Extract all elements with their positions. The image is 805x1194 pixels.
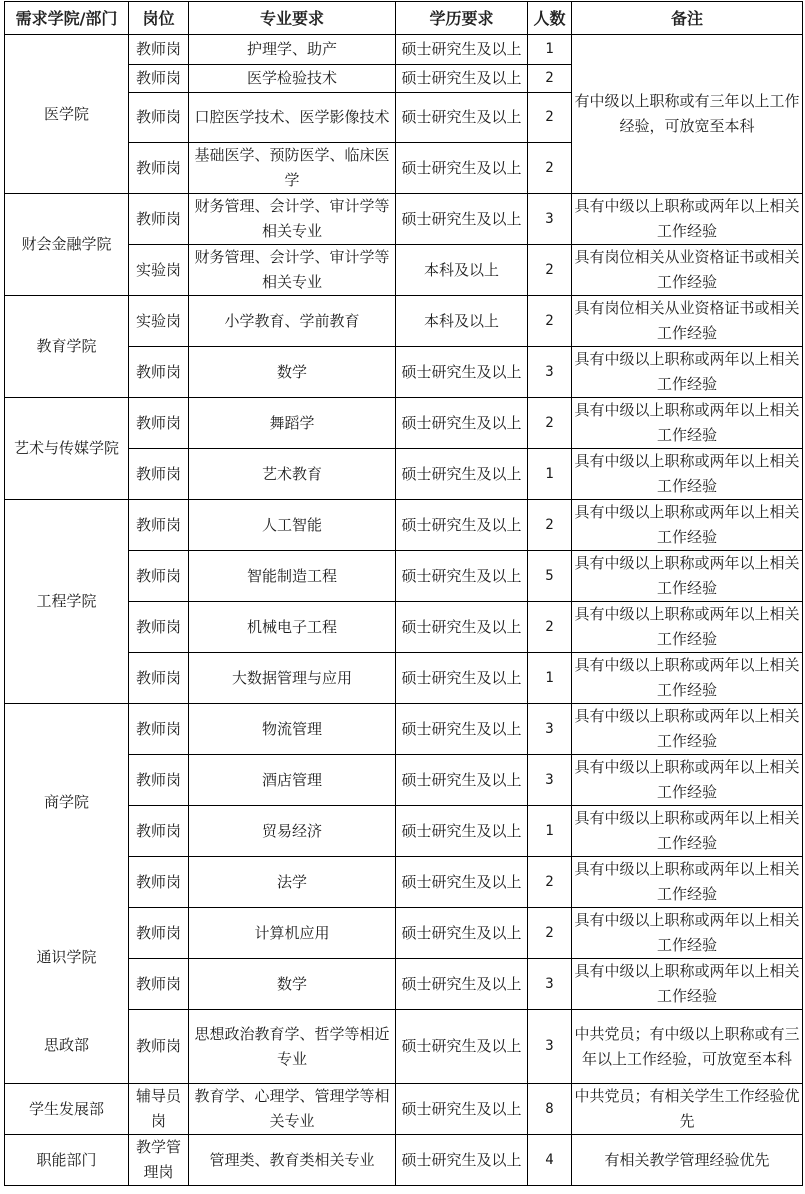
education-cell: 硕士研究生及以上 [396,704,528,755]
note-cell: 具有中级以上职称或两年以上相关工作经验 [572,449,803,500]
header-education: 学历要求 [396,2,528,35]
post-cell: 实验岗 [129,296,189,347]
count-cell: 1 [528,35,572,65]
count-cell: 2 [528,245,572,296]
major-cell: 智能制造工程 [189,551,396,602]
note-cell: 具有中级以上职称或两年以上相关工作经验 [572,602,803,653]
recruitment-table: 需求学院/部门 岗位 专业要求 学历要求 人数 备注 医学院 教师岗 护理学、助… [4,1,803,1186]
table-row: 教育学院 实验岗 小学教育、学前教育 本科及以上 2 具有岗位相关从业资格证书或… [5,296,803,347]
education-cell: 硕士研究生及以上 [396,755,528,806]
post-cell: 教师岗 [129,500,189,551]
major-cell: 计算机应用 [189,908,396,959]
post-cell: 教师岗 [129,755,189,806]
dept-cell: 职能部门 [5,1135,129,1186]
education-cell: 硕士研究生及以上 [396,959,528,1010]
count-cell: 2 [528,296,572,347]
post-cell: 教师岗 [129,1010,189,1084]
major-cell: 数学 [189,347,396,398]
note-cell: 具有中级以上职称或两年以上相关工作经验 [572,500,803,551]
count-cell: 3 [528,704,572,755]
post-cell: 教师岗 [129,908,189,959]
count-cell: 2 [528,908,572,959]
post-cell: 教学管理岗 [129,1135,189,1186]
count-cell: 3 [528,1010,572,1084]
table-row: 职能部门 教学管理岗 管理类、教育类相关专业 硕士研究生及以上 4 有相关教学管… [5,1135,803,1186]
major-cell: 艺术教育 [189,449,396,500]
table-row: 医学院 教师岗 护理学、助产 硕士研究生及以上 1 有中级以上职称或有三年以上工… [5,35,803,65]
major-cell: 人工智能 [189,500,396,551]
table-row: 艺术与传媒学院 教师岗 舞蹈学 硕士研究生及以上 2 具有中级以上职称或两年以上… [5,398,803,449]
header-count: 人数 [528,2,572,35]
education-cell: 硕士研究生及以上 [396,653,528,704]
major-cell: 教育学、心理学、管理学等相关专业 [189,1084,396,1135]
major-cell: 思想政治教育学、哲学等相近专业 [189,1010,396,1084]
note-cell: 具有中级以上职称或两年以上相关工作经验 [572,194,803,245]
education-cell: 硕士研究生及以上 [396,500,528,551]
header-major: 专业要求 [189,2,396,35]
post-cell: 教师岗 [129,602,189,653]
note-cell: 中共党员；有中级以上职称或有三年以上工作经验，可放宽至本科 [572,1010,803,1084]
note-cell: 具有中级以上职称或两年以上相关工作经验 [572,347,803,398]
note-cell: 具有中级以上职称或两年以上相关工作经验 [572,806,803,857]
major-cell: 物流管理 [189,704,396,755]
education-cell: 硕士研究生及以上 [396,35,528,65]
post-cell: 教师岗 [129,806,189,857]
note-cell: 中共党员；有相关学生工作经验优先 [572,1084,803,1135]
post-cell: 教师岗 [129,857,189,908]
education-cell: 硕士研究生及以上 [396,347,528,398]
note-cell: 具有中级以上职称或两年以上相关工作经验 [572,398,803,449]
count-cell: 2 [528,65,572,93]
post-cell: 教师岗 [129,449,189,500]
post-cell: 教师岗 [129,347,189,398]
major-cell: 医学检验技术 [189,65,396,93]
count-cell: 5 [528,551,572,602]
count-cell: 2 [528,857,572,908]
dept-business: 商学院 [5,790,128,815]
major-cell: 数学 [189,959,396,1010]
post-cell: 教师岗 [129,704,189,755]
education-cell: 本科及以上 [396,245,528,296]
note-cell: 具有中级以上职称或两年以上相关工作经验 [572,551,803,602]
dept-cell: 财会金融学院 [5,194,129,296]
header-post: 岗位 [129,2,189,35]
major-cell: 大数据管理与应用 [189,653,396,704]
post-cell: 教师岗 [129,35,189,65]
education-cell: 硕士研究生及以上 [396,857,528,908]
post-cell: 教师岗 [129,143,189,194]
count-cell: 3 [528,347,572,398]
post-cell: 教师岗 [129,398,189,449]
dept-cell: 教育学院 [5,296,129,398]
dept-cell: 艺术与传媒学院 [5,398,129,500]
count-cell: 2 [528,143,572,194]
note-cell: 具有中级以上职称或两年以上相关工作经验 [572,959,803,1010]
count-cell: 4 [528,1135,572,1186]
major-cell: 贸易经济 [189,806,396,857]
table-row: 工程学院 教师岗 人工智能 硕士研究生及以上 2 具有中级以上职称或两年以上相关… [5,500,803,551]
education-cell: 本科及以上 [396,296,528,347]
education-cell: 硕士研究生及以上 [396,551,528,602]
post-cell: 辅导员岗 [129,1084,189,1135]
post-cell: 实验岗 [129,245,189,296]
education-cell: 硕士研究生及以上 [396,449,528,500]
education-cell: 硕士研究生及以上 [396,194,528,245]
note-cell: 有相关教学管理经验优先 [572,1135,803,1186]
count-cell: 1 [528,449,572,500]
education-cell: 硕士研究生及以上 [396,143,528,194]
dept-cell: 学生发展部 [5,1084,129,1135]
dept-cell-merged: 商学院 通识学院 思政部 [5,704,129,1084]
major-cell: 舞蹈学 [189,398,396,449]
post-cell: 教师岗 [129,65,189,93]
table-row: 学生发展部 辅导员岗 教育学、心理学、管理学等相关专业 硕士研究生及以上 8 中… [5,1084,803,1135]
education-cell: 硕士研究生及以上 [396,398,528,449]
dept-general-education: 通识学院 [5,945,128,970]
note-cell: 具有中级以上职称或两年以上相关工作经验 [572,908,803,959]
note-cell: 具有中级以上职称或两年以上相关工作经验 [572,755,803,806]
education-cell: 硕士研究生及以上 [396,65,528,93]
count-cell: 2 [528,93,572,143]
education-cell: 硕士研究生及以上 [396,1135,528,1186]
dept-cell: 工程学院 [5,500,129,704]
post-cell: 教师岗 [129,194,189,245]
education-cell: 硕士研究生及以上 [396,93,528,143]
education-cell: 硕士研究生及以上 [396,1010,528,1084]
education-cell: 硕士研究生及以上 [396,908,528,959]
major-cell: 基础医学、预防医学、临床医学 [189,143,396,194]
note-cell: 具有中级以上职称或两年以上相关工作经验 [572,704,803,755]
post-cell: 教师岗 [129,959,189,1010]
note-cell: 具有岗位相关从业资格证书或相关工作经验 [572,245,803,296]
post-cell: 教师岗 [129,551,189,602]
major-cell: 法学 [189,857,396,908]
major-cell: 财务管理、会计学、审计学等相关专业 [189,194,396,245]
note-cell: 有中级以上职称或有三年以上工作经验，可放宽至本科 [572,35,803,194]
post-cell: 教师岗 [129,653,189,704]
major-cell: 护理学、助产 [189,35,396,65]
count-cell: 3 [528,959,572,1010]
count-cell: 2 [528,398,572,449]
education-cell: 硕士研究生及以上 [396,602,528,653]
note-cell: 具有岗位相关从业资格证书或相关工作经验 [572,296,803,347]
major-cell: 财务管理、会计学、审计学等相关专业 [189,245,396,296]
count-cell: 1 [528,806,572,857]
count-cell: 2 [528,500,572,551]
table-header: 需求学院/部门 岗位 专业要求 学历要求 人数 备注 [5,2,803,35]
count-cell: 3 [528,755,572,806]
count-cell: 1 [528,653,572,704]
major-cell: 小学教育、学前教育 [189,296,396,347]
note-cell: 具有中级以上职称或两年以上相关工作经验 [572,857,803,908]
dept-cell: 医学院 [5,35,129,194]
major-cell: 口腔医学技术、医学影像技术 [189,93,396,143]
header-dept: 需求学院/部门 [5,2,129,35]
post-cell: 教师岗 [129,93,189,143]
count-cell: 2 [528,602,572,653]
major-cell: 酒店管理 [189,755,396,806]
dept-ideological: 思政部 [5,1033,128,1058]
major-cell: 机械电子工程 [189,602,396,653]
education-cell: 硕士研究生及以上 [396,806,528,857]
header-note: 备注 [572,2,803,35]
table-row: 财会金融学院 教师岗 财务管理、会计学、审计学等相关专业 硕士研究生及以上 3 … [5,194,803,245]
major-cell: 管理类、教育类相关专业 [189,1135,396,1186]
note-cell: 具有中级以上职称或两年以上相关工作经验 [572,653,803,704]
table-row: 商学院 通识学院 思政部 教师岗 物流管理 硕士研究生及以上 3 具有中级以上职… [5,704,803,755]
education-cell: 硕士研究生及以上 [396,1084,528,1135]
count-cell: 3 [528,194,572,245]
count-cell: 8 [528,1084,572,1135]
